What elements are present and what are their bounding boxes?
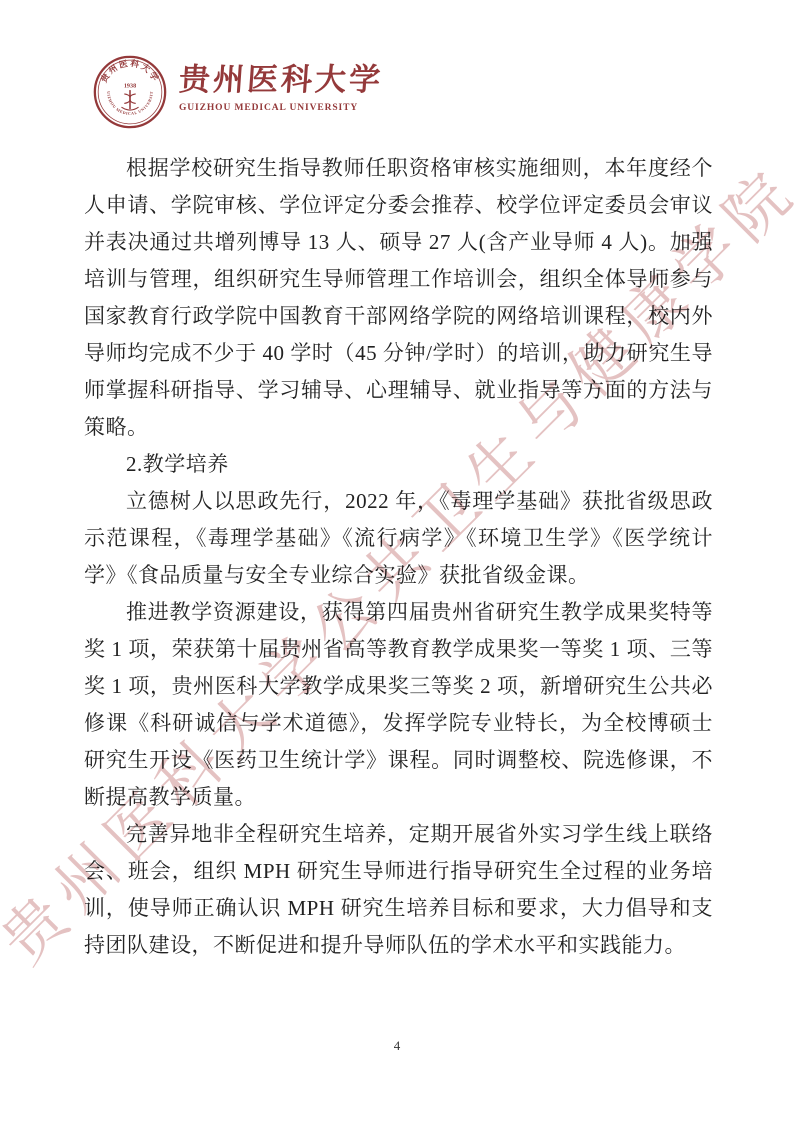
university-wordmark: 贵州医科大学 GUIZHOU MEDICAL UNIVERSITY: [179, 64, 383, 113]
caduceus-icon: [121, 90, 138, 110]
document-page: 贵州医科大学 GUIZHOU MEDICAL UNIVERSITY 1938 贵…: [0, 0, 794, 1123]
university-name-en: GUIZHOU MEDICAL UNIVERSITY: [179, 103, 383, 113]
paragraph-teaching-resources: 推进教学资源建设，获得第四届贵州省研究生教学成果奖特等奖 1 项，荣获第十届贵州…: [84, 594, 713, 816]
section-heading-teaching: 2.教学培养: [84, 446, 713, 483]
document-body: 根据学校研究生指导教师任职资格审核实施细则，本年度经个人申请、学院审核、学位评定…: [84, 150, 713, 964]
paragraph-mph-training: 完善异地非全程研究生培养，定期开展省外实习学生线上联络会、班会，组织 MPH 研…: [84, 816, 713, 964]
svg-text:贵州医科大学: 贵州医科大学: [98, 57, 163, 84]
seal-year: 1938: [124, 83, 136, 89]
university-seal-icon: 贵州医科大学 GUIZHOU MEDICAL UNIVERSITY 1938: [92, 54, 168, 130]
page-number: 4: [0, 1038, 794, 1054]
paragraph-supervisor-review: 根据学校研究生指导教师任职资格审核实施细则，本年度经个人申请、学院审核、学位评定…: [84, 150, 713, 446]
university-logo: 贵州医科大学 GUIZHOU MEDICAL UNIVERSITY 1938 贵…: [92, 54, 383, 130]
seal-ring-text-cn: 贵州医科大学: [98, 57, 163, 84]
paragraph-course-awards: 立德树人以思政先行，2022 年，《毒理学基础》获批省级思政示范课程，《毒理学基…: [84, 483, 713, 594]
university-name-cn: 贵州医科大学: [178, 64, 384, 97]
